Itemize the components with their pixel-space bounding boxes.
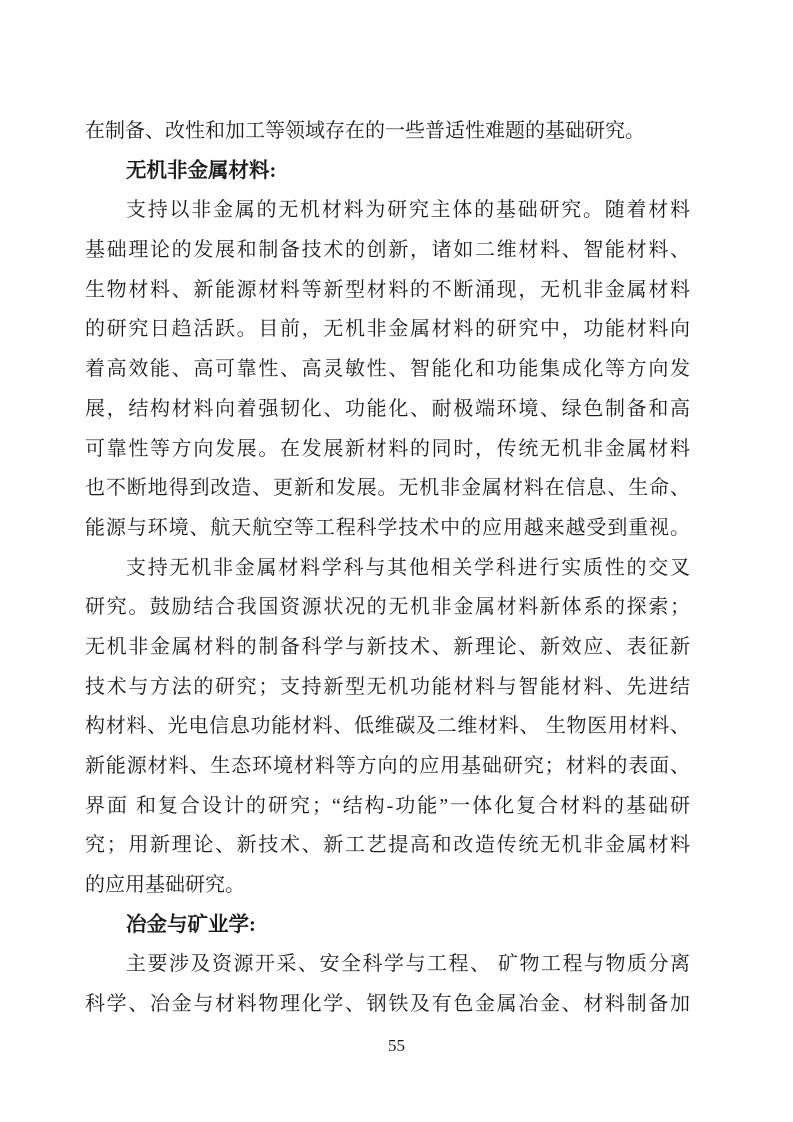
text-line: 展，结构材料向着强韧化、功能化、耐极端环境、绿色制备和高: [85, 390, 690, 430]
text-line: 着高效能、高可靠性、高灵敏性、智能化和功能集成化等方向发: [85, 350, 690, 390]
text-line: 能源与环境、航天航空等工程科学技术中的应用越来越受到重视。: [85, 509, 690, 549]
document-page: 在制备、改性和加工等领域存在的一些普适性难题的基础研究。 无机非金属材料: 支持…: [0, 0, 793, 1122]
text-line: 无机非金属材料的制备科学与新技术、新理论、新效应、表征新: [85, 628, 690, 668]
text-line: 可靠性等方向发展。在发展新材料的同时，传统无机非金属材料: [85, 430, 690, 470]
text-line: 主要涉及资源开采、安全科学与工程、 矿物工程与物质分离: [85, 945, 690, 985]
page-number: 55: [0, 1036, 793, 1056]
text-line: 构材料、光电信息功能材料、低维碳及二维材料、 生物医用材料、: [85, 707, 690, 747]
text-line: 也不断地得到改造、更新和发展。无机非金属材料在信息、生命、: [85, 469, 690, 509]
text-line: 生物材料、新能源材料等新型材料的不断涌现，无机非金属材料: [85, 271, 690, 311]
text-line: 研究。鼓励结合我国资源状况的无机非金属材料新体系的探索；: [85, 588, 690, 628]
text-line: 的研究日趋活跃。目前，无机非金属材料的研究中，功能材料向: [85, 310, 690, 350]
text-line: 究；用新理论、新技术、新工艺提高和改造传统无机非金属材料: [85, 826, 690, 866]
text-line: 新能源材料、生态环境材料等方向的应用基础研究；材料的表面、: [85, 747, 690, 787]
text-line: 的应用基础研究。: [85, 866, 690, 906]
text-line: 支持无机非金属材料学科与其他相关学科进行实质性的交叉: [85, 549, 690, 589]
section-heading-metallurgy-and-mining: 冶金与矿业学:: [85, 906, 690, 946]
text-line: 技术与方法的研究；支持新型无机功能材料与智能材料、先进结: [85, 668, 690, 708]
text-line: 支持以非金属的无机材料为研究主体的基础研究。随着材料: [85, 191, 690, 231]
text-line: 基础理论的发展和制备技术的创新，诸如二维材料、智能材料、: [85, 231, 690, 271]
text-line: 在制备、改性和加工等领域存在的一些普适性难题的基础研究。: [85, 112, 690, 152]
text-line: 界面 和复合设计的研究；“结构-功能”一体化复合材料的基础研: [85, 787, 690, 827]
text-column: 在制备、改性和加工等领域存在的一些普适性难题的基础研究。 无机非金属材料: 支持…: [85, 112, 690, 1025]
section-heading-inorganic-nonmetal-materials: 无机非金属材料:: [85, 152, 690, 192]
text-line: 科学、冶金与材料物理化学、钢铁及有色金属冶金、材料制备加: [85, 985, 690, 1025]
